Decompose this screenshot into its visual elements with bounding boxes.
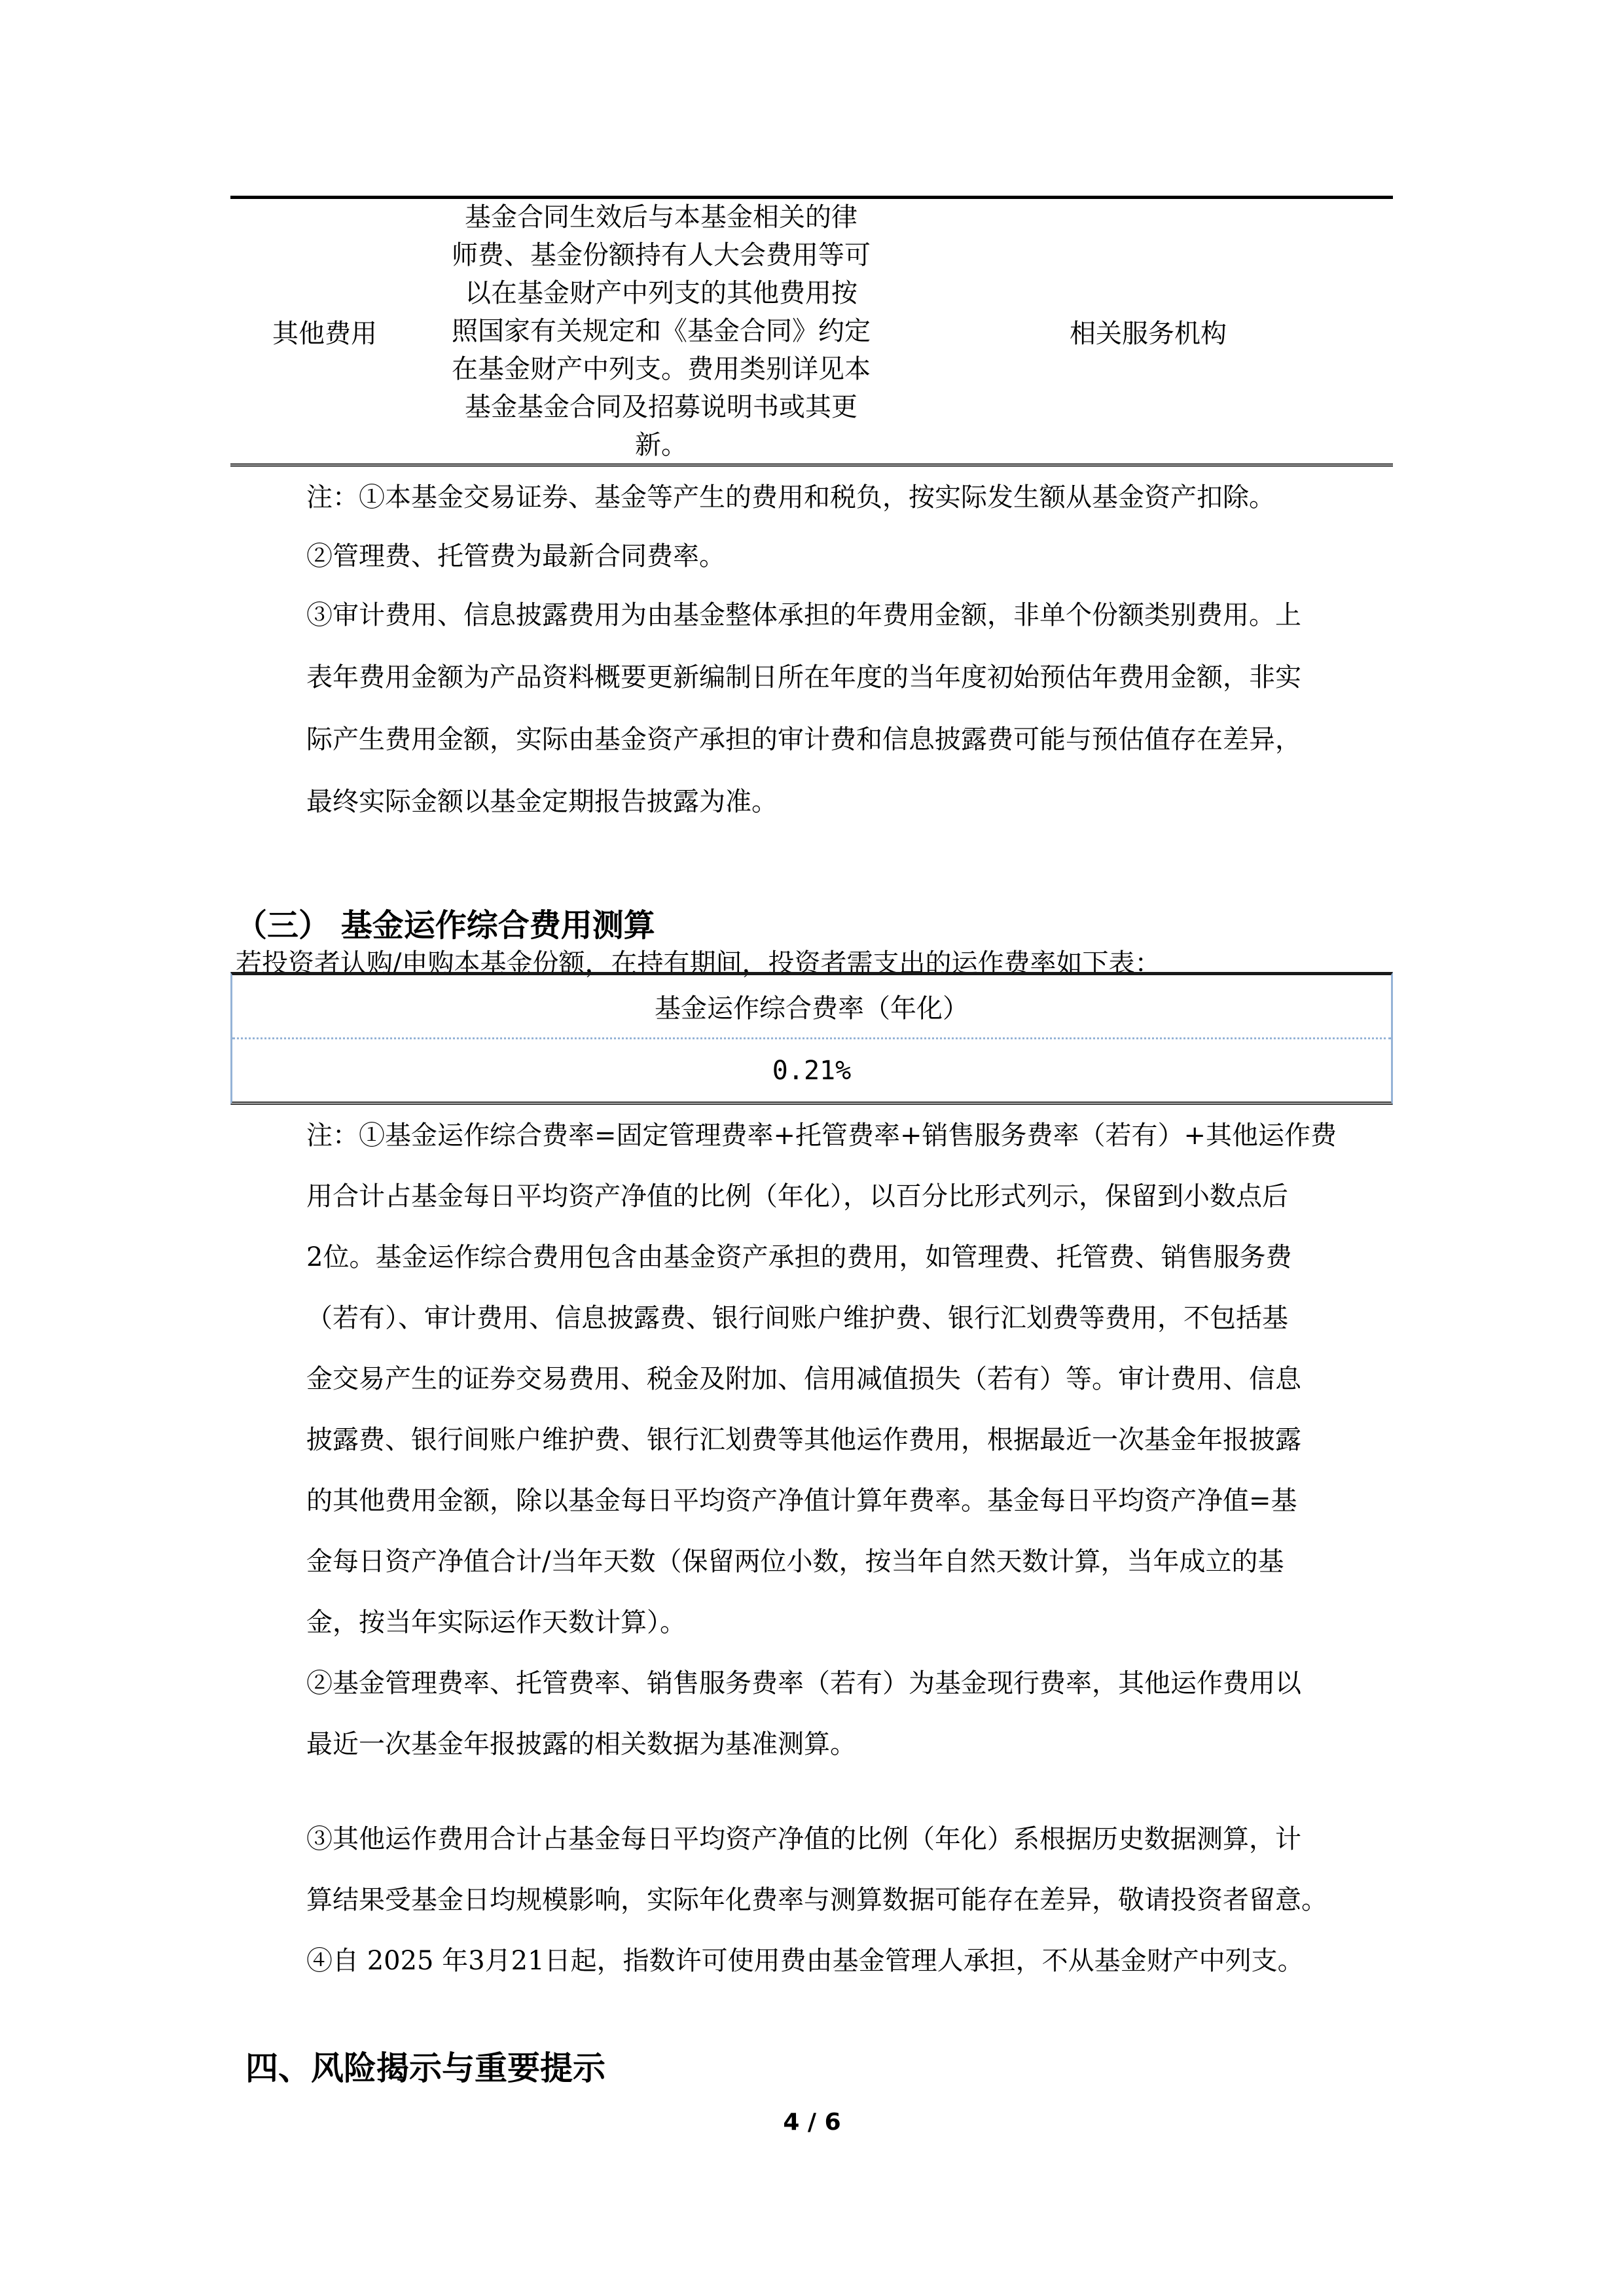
fee-recipient-cell: 相关服务机构 — [903, 313, 1393, 350]
fee-table: 其他费用 基金合同生效后与本基金相关的律 师费、基金份额持有人大会费用等可 以在… — [230, 196, 1393, 467]
rate-note: 金交易产生的证券交易费用、税金及附加、信用减值损失（若有）等。审计费用、信息 — [306, 1366, 1301, 1392]
fee-description-cell: 基金合同生效后与本基金相关的律 师费、基金份额持有人大会费用等可 以在基金财产中… — [419, 198, 903, 464]
rate-note: 的其他费用金额，除以基金每日平均资产净值计算年费率。基金每日平均资产净值=基 — [306, 1488, 1297, 1514]
description-line: 在基金财产中列支。费用类别详见本 — [432, 350, 890, 388]
rate-note: 算结果受基金日均规模影响，实际年化费率与测算数据可能存在差异，敬请投资者留意。 — [306, 1887, 1327, 1913]
description-line: 新。 — [432, 426, 890, 464]
description-line: 基金合同生效后与本基金相关的律 — [432, 198, 890, 236]
document-page: 其他费用 基金合同生效后与本基金相关的律 师费、基金份额持有人大会费用等可 以在… — [0, 0, 1624, 2296]
section-heading: 四、风险揭示与重要提示 — [245, 2042, 605, 2089]
rate-note: ③其他运作费用合计占基金每日平均资产净值的比例（年化）系根据历史数据测算，计 — [306, 1826, 1301, 1852]
table-header: 基金运作综合费率（年化） — [232, 975, 1391, 1039]
operating-rate-table: 基金运作综合费率（年化） 0.21% — [230, 972, 1393, 1105]
rate-value: 0.21% — [232, 1039, 1391, 1102]
rate-note: 金每日资产净值合计/当年天数（保留两位小数，按当年自然天数计算，当年成立的基 — [306, 1549, 1284, 1575]
fee-note-3-cont: 最终实际金额以基金定期报告披露为准。 — [306, 789, 778, 815]
description-line: 师费、基金份额持有人大会费用等可 — [432, 236, 890, 274]
description-line: 基金基金合同及招募说明书或其更 — [432, 388, 890, 426]
table-row: 其他费用 基金合同生效后与本基金相关的律 师费、基金份额持有人大会费用等可 以在… — [230, 199, 1393, 463]
section-heading: （三） 基金运作综合费用测算 — [236, 900, 655, 945]
description-line: 照国家有关规定和《基金合同》约定 — [432, 312, 890, 350]
fee-note-1: 注：①本基金交易证券、基金等产生的费用和税负，按实际发生额从基金资产扣除。 — [306, 484, 1275, 511]
rate-note: 注：①基金运作综合费率=固定管理费率+托管费率+销售服务费率（若有）+其他运作费 — [306, 1122, 1337, 1149]
fee-note-2: ②管理费、托管费为最新合同费率。 — [306, 543, 725, 569]
fee-note-3-cont: 际产生费用金额，实际由基金资产承担的审计费和信息披露费可能与预估值存在差异， — [306, 726, 1301, 753]
rate-note: ④自 2025 年3月21日起，指数许可使用费由基金管理人承担，不从基金财产中列… — [306, 1948, 1304, 1974]
rate-note: ②基金管理费率、托管费率、销售服务费率（若有）为基金现行费率，其他运作费用以 — [306, 1670, 1301, 1696]
fee-category-cell: 其他费用 — [230, 313, 419, 350]
rate-note: 2位。基金运作综合费用包含由基金资产承担的费用，如管理费、托管费、销售服务费 — [306, 1244, 1291, 1270]
rate-note: 用合计占基金每日平均资产净值的比例（年化），以百分比形式列示，保留到小数点后 — [306, 1183, 1288, 1210]
fee-note-3-cont: 表年费用金额为产品资料概要更新编制日所在年度的当年度初始预估年费用金额，非实 — [306, 664, 1301, 691]
page-number: 4 / 6 — [0, 2109, 1624, 2136]
rate-note: 金，按当年实际运作天数计算）。 — [306, 1609, 686, 1636]
rate-note: （若有）、审计费用、信息披露费、银行间账户维护费、银行汇划费等费用，不包括基 — [306, 1305, 1288, 1331]
fee-note-3: ③审计费用、信息披露费用为由基金整体承担的年费用金额，非单个份额类别费用。上 — [306, 602, 1301, 628]
rate-note: 最近一次基金年报披露的相关数据为基准测算。 — [306, 1731, 856, 1757]
description-line: 以在基金财产中列支的其他费用按 — [432, 274, 890, 312]
rate-note: 披露费、银行间账户维护费、银行汇划费等其他运作费用，根据最近一次基金年报披露 — [306, 1427, 1301, 1453]
